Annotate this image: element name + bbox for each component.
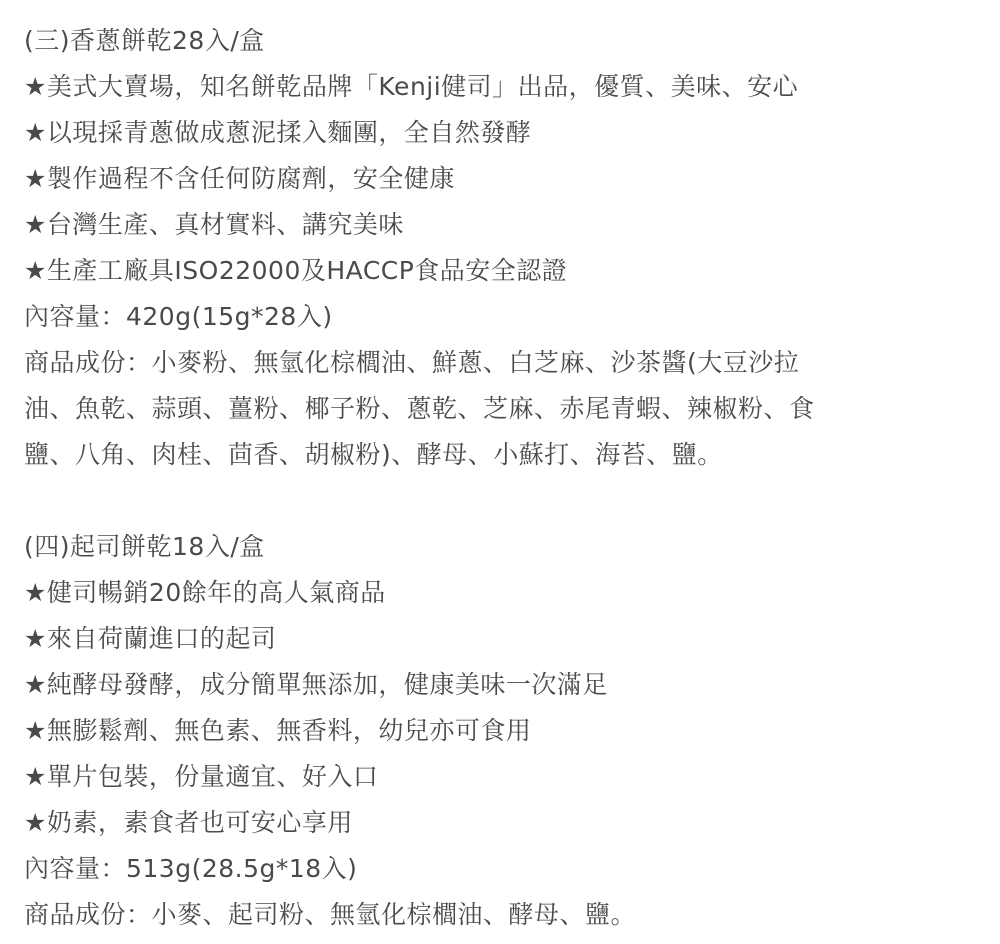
ingredients-line: 商品成份：小麥、起司粉、無氫化棕櫚油、酵母、鹽。 bbox=[24, 892, 1000, 938]
ingredients-line: 油、魚乾、蒜頭、薑粉、椰子粉、蔥乾、芝麻、赤尾青蝦、辣椒粉、食 bbox=[24, 386, 1000, 432]
feature-item: ★無膨鬆劑、無色素、無香料，幼兒亦可食用 bbox=[24, 708, 1000, 754]
feature-item: ★生產工廠具ISO22000及HACCP食品安全認證 bbox=[24, 248, 1000, 294]
feature-item: ★來自荷蘭進口的起司 bbox=[24, 616, 1000, 662]
section-divider bbox=[24, 478, 1000, 524]
section-cheese-cracker: (四)起司餅乾18入/盒 ★健司暢銷20餘年的高人氣商品 ★來自荷蘭進口的起司 … bbox=[24, 524, 1000, 938]
feature-item: ★台灣生產、真材實料、講究美味 bbox=[24, 202, 1000, 248]
ingredients-line: 鹽、八角、肉桂、茴香、胡椒粉)、酵母、小蘇打、海苔、鹽。 bbox=[24, 432, 1000, 478]
net-content: 內容量：420g(15g*28入) bbox=[24, 294, 1000, 340]
ingredients-line: 商品成份：小麥粉、無氫化棕櫚油、鮮蔥、白芝麻、沙茶醬(大豆沙拉 bbox=[24, 340, 1000, 386]
feature-item: ★製作過程不含任何防腐劑，安全健康 bbox=[24, 156, 1000, 202]
product-description: (三)香蔥餅乾28入/盒 ★美式大賣場，知名餅乾品牌「Kenji健司」出品，優質… bbox=[0, 0, 1000, 938]
section-title: (三)香蔥餅乾28入/盒 bbox=[24, 18, 1000, 64]
feature-item: ★單片包裝，份量適宜、好入口 bbox=[24, 754, 1000, 800]
section-scallion-cracker: (三)香蔥餅乾28入/盒 ★美式大賣場，知名餅乾品牌「Kenji健司」出品，優質… bbox=[24, 18, 1000, 478]
feature-item: ★以現採青蔥做成蔥泥揉入麵團，全自然發酵 bbox=[24, 110, 1000, 156]
feature-item: ★美式大賣場，知名餅乾品牌「Kenji健司」出品，優質、美味、安心 bbox=[24, 64, 1000, 110]
section-title: (四)起司餅乾18入/盒 bbox=[24, 524, 1000, 570]
net-content: 內容量：513g(28.5g*18入) bbox=[24, 846, 1000, 892]
feature-item: ★奶素，素食者也可安心享用 bbox=[24, 800, 1000, 846]
feature-item: ★健司暢銷20餘年的高人氣商品 bbox=[24, 570, 1000, 616]
feature-item: ★純酵母發酵，成分簡單無添加，健康美味一次滿足 bbox=[24, 662, 1000, 708]
